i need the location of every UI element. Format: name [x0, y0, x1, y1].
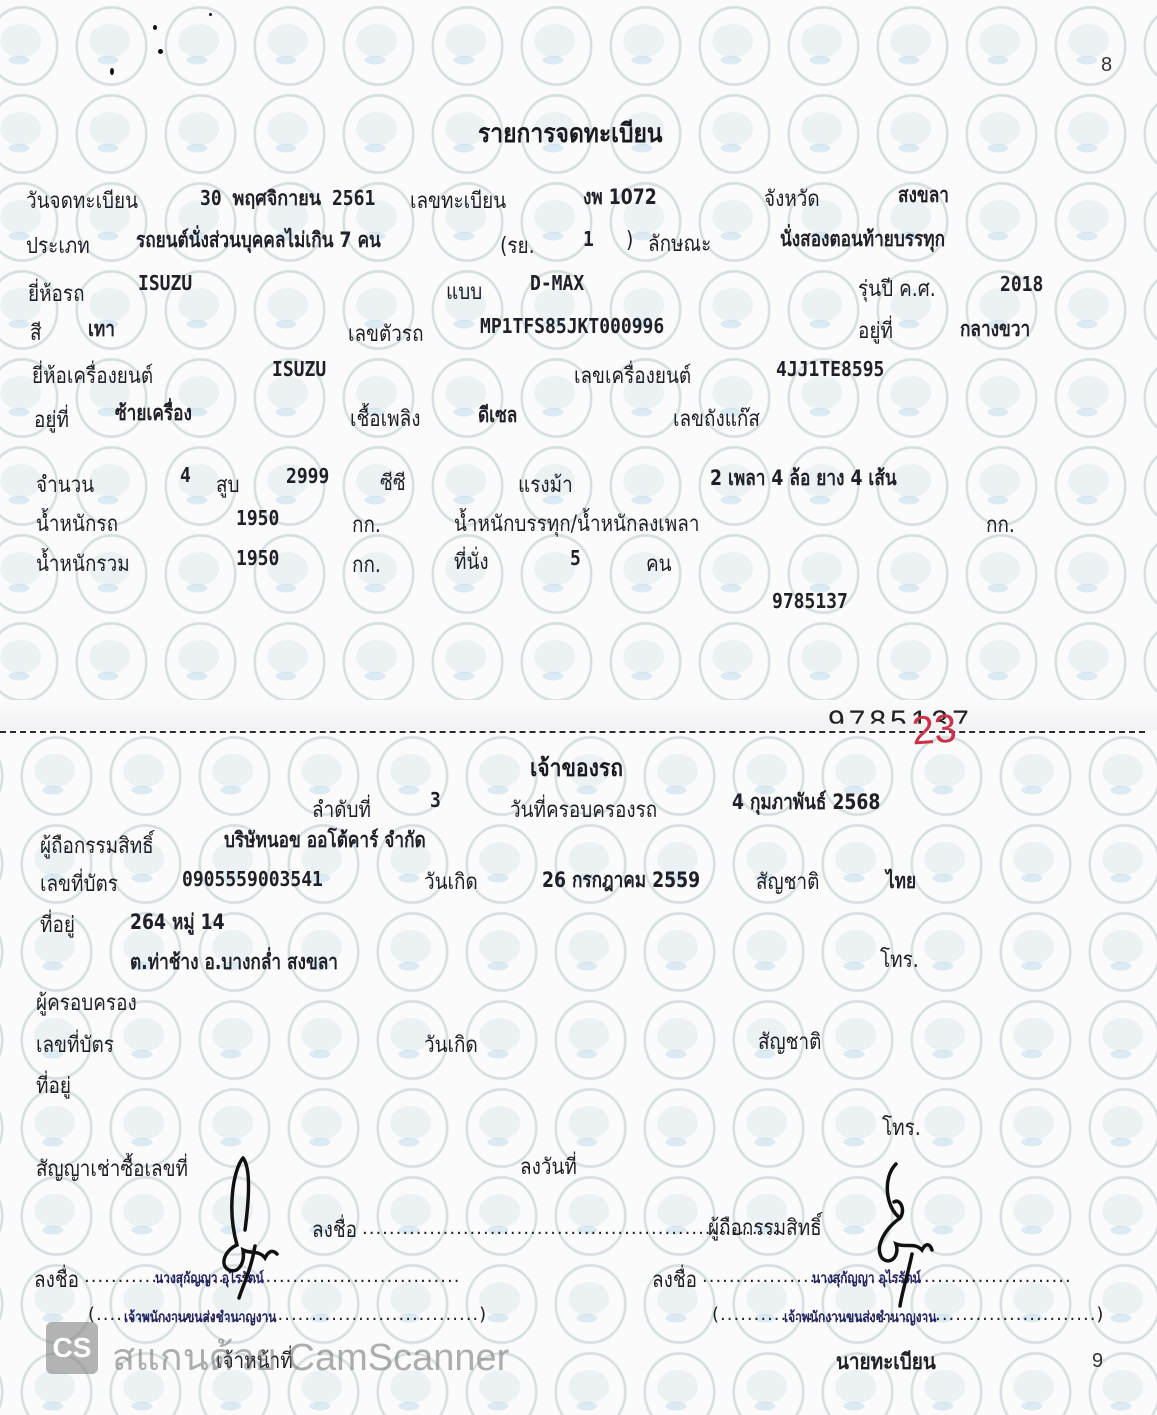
engine-number: 4JJ1TE8595 — [776, 357, 884, 381]
type-code-suffix: ) — [626, 228, 633, 253]
seats: 5 — [570, 546, 581, 570]
id-label: เลขที่บัตร — [40, 866, 118, 901]
fold-line — [0, 731, 1145, 733]
possession-date: 4 กุมภาพันธ์ 2568 — [732, 786, 880, 819]
year-label: รุ่นปี ค.ศ. — [858, 271, 936, 306]
reg-date-label: วันจดทะเบียน — [26, 183, 138, 218]
document-serial: 9785137 — [772, 589, 848, 613]
engine-brand: ISUZU — [272, 357, 326, 381]
engine-brand-label: ยี่ห้อเครื่องยนต์ — [32, 358, 153, 393]
cc: 2999 — [286, 464, 329, 488]
gross-weight: 1950 — [236, 546, 279, 570]
province-label: จังหวัด — [764, 181, 820, 216]
owner-title: เจ้าของรถ — [530, 748, 623, 787]
weight: 1950 — [236, 506, 279, 530]
page-number-top: 8 — [1101, 54, 1112, 77]
gas-tank-label: เลขถังแก๊ส — [673, 401, 760, 436]
address-line-1: 264 หมู่ 14 — [130, 906, 225, 939]
red-annotation: 23 — [910, 707, 958, 755]
vehicle-type: รถยนต์นั่งส่วนบุคคลไม่เกิน 7 คน — [136, 224, 381, 257]
registrar-position: เจ้าพนักงานขนส่งชำนาญงาน — [784, 1305, 937, 1329]
vin: MP1TFS85JKT000996 — [480, 314, 664, 338]
engine-location: ซ้ายเครื่อง — [115, 397, 192, 430]
vehicle-style: นั่งสองตอนท้ายบรรทุก — [780, 223, 945, 256]
type-code: 1 — [583, 227, 594, 251]
vin-label: เลขตัวรถ — [348, 316, 424, 351]
province: สงขลา — [898, 179, 949, 212]
possessor-birth-label: วันเกิด — [424, 1027, 478, 1062]
fuel: ดีเซล — [478, 399, 517, 432]
vin-location-label: อยู่ที่ — [858, 313, 893, 348]
seats-label: ที่นั่ง — [454, 544, 489, 579]
type-label: ประเภท — [26, 228, 90, 263]
order-number: 3 — [430, 788, 441, 812]
speck — [209, 13, 212, 16]
fuel-label: เชื้อเพลิง — [350, 401, 420, 436]
style-label: ลักษณะ — [648, 226, 711, 261]
sign-date-label: ลงวันที่ — [520, 1149, 577, 1184]
registration-title: รายการจดทะเบียน — [478, 113, 663, 154]
birth-date: 26 กรกฎาคม 2559 — [542, 864, 700, 897]
weight-label: น้ำหนักรถ — [36, 506, 118, 541]
camscanner-watermark: สแกนด้วย CamScanner — [112, 1326, 509, 1387]
nationality: ไทย — [886, 865, 916, 898]
possessor-phone-label: โทร. — [882, 1110, 921, 1145]
reg-date: 30 พฤศจิกายน 2561 — [200, 182, 375, 214]
officer-sign-label: ลงชื่อ — [34, 1262, 79, 1297]
possessor-address-label: ที่อยู่ — [36, 1068, 71, 1103]
gross-weight-label: น้ำหนักรวม — [36, 546, 130, 581]
cc-label: ซีซี — [380, 465, 406, 500]
possession-date-label: วันที่ครอบครองรถ — [510, 792, 657, 827]
owner-phone-label: โทร. — [880, 942, 919, 977]
possessor-id-label: เลขที่บัตร — [36, 1027, 114, 1062]
model-year: 2018 — [1000, 272, 1043, 296]
officer-signature — [215, 1150, 285, 1300]
gross-weight-unit: กก. — [352, 547, 381, 582]
holder-sign-label: ลงชื่อ — [312, 1212, 357, 1247]
page-number-bottom: 9 — [1092, 1350, 1103, 1373]
address-line-2: ต.ท่าช้าง อ.บางกล่ำ สงขลา — [130, 946, 338, 979]
plate-number: งพ 1072 — [583, 181, 657, 214]
axles-wheels: 2 เพลา 4 ล้อ ยาง 4 เส้น — [710, 462, 897, 495]
type-code-prefix: (รย. — [500, 228, 535, 263]
color: เทา — [88, 313, 115, 346]
possessor-label: ผู้ครอบครอง — [36, 985, 137, 1020]
speck — [153, 25, 157, 30]
nationality-label: สัญชาติ — [756, 864, 819, 899]
color-label: สี — [30, 315, 42, 350]
cylinders: 4 — [180, 463, 191, 487]
engine-location-label: อยู่ที่ — [34, 402, 69, 437]
holder-label: ผู้ถือกรรมสิทธิ์ — [40, 828, 154, 863]
birth-label: วันเกิด — [424, 864, 478, 899]
brand: ISUZU — [138, 271, 192, 295]
cylinder-label: สูบ — [216, 467, 240, 502]
horsepower-label: แรงม้า — [518, 467, 573, 502]
speck — [158, 49, 163, 54]
holder-role: ผู้ถือกรรมสิทธิ์ — [708, 1210, 822, 1245]
brand-label: ยี่ห้อรถ — [28, 276, 85, 311]
order-label: ลำดับที่ — [312, 792, 371, 827]
plate-label: เลขทะเบียน — [410, 183, 506, 218]
registrar-signature — [860, 1158, 940, 1308]
count-label: จำนวน — [36, 467, 94, 502]
model: D-MAX — [530, 271, 584, 295]
fold-shadow — [0, 700, 1157, 730]
persons-label: คน — [646, 546, 672, 581]
registrar-sign-label: ลงชื่อ — [652, 1262, 697, 1297]
weight-unit: กก. — [352, 507, 381, 542]
possessor-nationality-label: สัญชาติ — [758, 1024, 821, 1059]
address-label: ที่อยู่ — [40, 907, 75, 942]
vin-location: กลางขวา — [960, 313, 1030, 346]
load-unit: กก. — [986, 507, 1015, 542]
registrar-role: นายทะเบียน — [836, 1344, 936, 1379]
model-label: แบบ — [446, 274, 482, 309]
hire-purchase-label: สัญญาเช่าซื้อเลขที่ — [36, 1151, 188, 1186]
speck — [110, 68, 114, 75]
camscanner-logo-icon: CS — [46, 1322, 98, 1374]
engine-number-label: เลขเครื่องยนต์ — [574, 358, 691, 393]
id-number: 0905559003541 — [182, 867, 323, 891]
holder-name: บริษัทนอข ออโต้คาร์ จำกัด — [224, 824, 426, 857]
load-label: น้ำหนักบรรทุก/น้ำหนักลงเพลา — [454, 506, 699, 541]
